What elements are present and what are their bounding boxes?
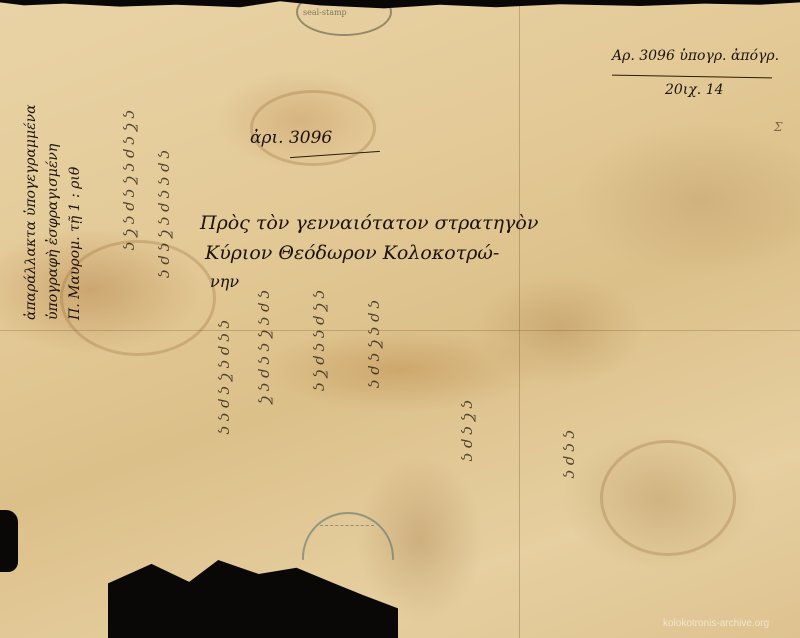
bleed-through-column: ς ζ ς ρ ς ζ ς ρ ς ζ ς — [130, 110, 144, 250]
manuscript-page: seal-stamp Αρ. 3096 ὑπογρ. ἀπόγρ. 20ιχ. … — [0, 0, 800, 638]
reference-number: ἀρι. 3096 — [250, 128, 332, 148]
underline — [612, 75, 772, 79]
burn-damage-left — [0, 510, 18, 572]
side-note-line-3: Π. Μαυρομ. τῇ 1 : ριθ — [64, 104, 86, 320]
bleed-through-column: ς ς ρ ς — [570, 430, 584, 478]
side-note-line-1: ἀπαράλλακτα ὑπογεγραμμένα — [20, 104, 42, 320]
vertical-fold-line — [519, 0, 520, 638]
watermark: kolokotronis-archive.org — [663, 618, 769, 629]
bleed-through-column: ς ζ ς ρ ς — [468, 400, 482, 461]
torn-edge-top — [0, 0, 800, 12]
bleed-through-column: ς ρ ς ζ ς ρ ς — [375, 300, 389, 388]
side-note-line-2: ὑπογραφὴ ἐσφραγισμένη — [42, 104, 64, 320]
bleed-through-column: ς ρ ς ζ ς ς ρ ς ζ — [265, 290, 279, 404]
address-line-1: Πρὸς τὸν γενναιότατον στρατηγὸν — [200, 212, 538, 234]
archive-reference: Αρ. 3096 ὑπογρ. ἀπόγρ. — [612, 48, 779, 64]
water-stain — [600, 440, 736, 556]
burn-damage-bottom — [108, 560, 398, 638]
bleed-through-column: ς ζ ρ ς ς ρ ζ ς — [320, 290, 334, 391]
bleed-through-column: ς ρ ς ς ρ ς ζ ς ρ ς — [165, 150, 179, 278]
archive-date: 20ιχ. 14 — [665, 82, 724, 98]
bleed-through-column: ς ς ρ ς ζ ς ρ ς ς — [225, 320, 239, 434]
seal-emblem — [320, 525, 374, 550]
side-note: ἀπαράλλακτα ὑπογεγραμμένα ὑπογραφὴ ἐσφρα… — [20, 104, 86, 320]
address-line-2: Κύριον Θεόδωρον Κολοκοτρώ- — [205, 242, 499, 264]
margin-mark: Σ — [774, 120, 782, 134]
seal-top-text: seal-stamp — [303, 8, 347, 17]
address-line-3: νην — [210, 272, 239, 291]
